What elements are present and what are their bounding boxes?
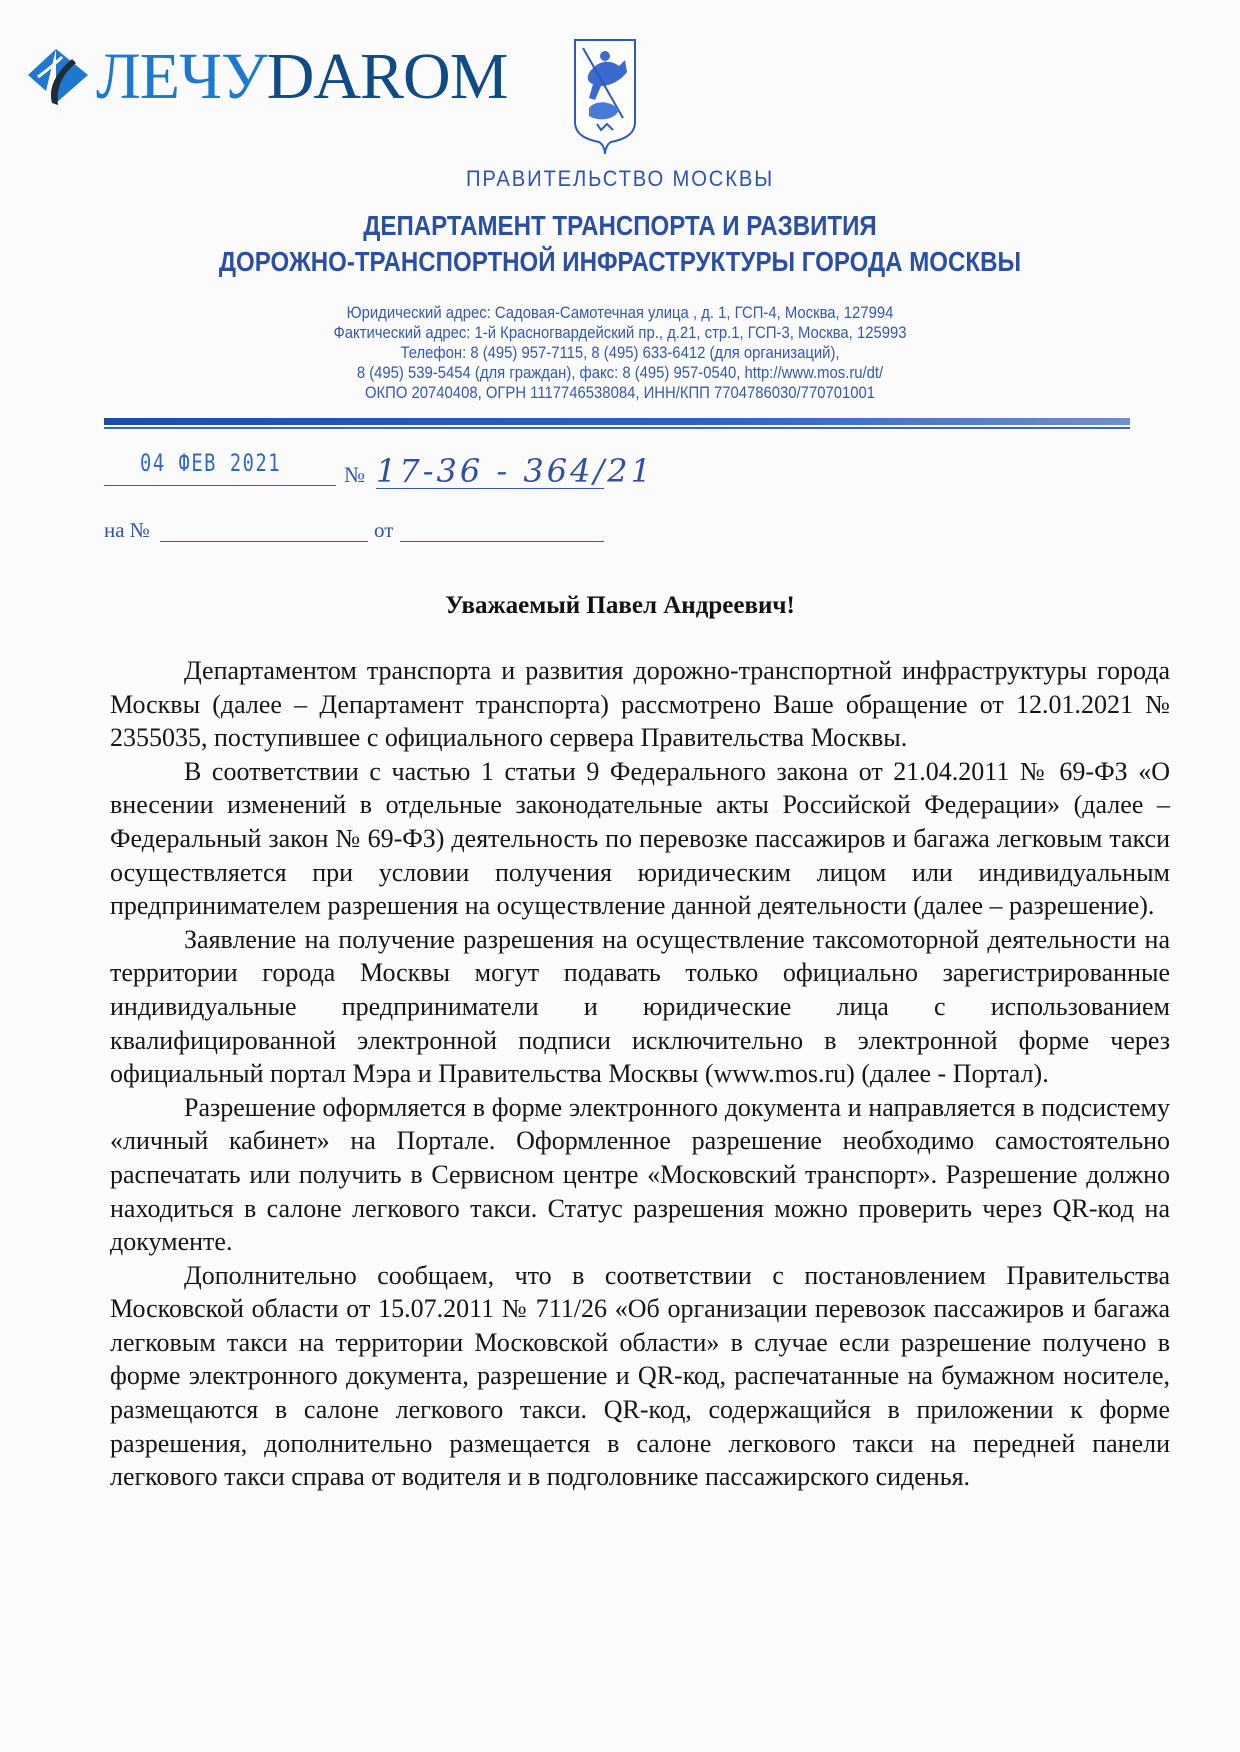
outgoing-number-label: № xyxy=(344,462,365,488)
reply-from-label: от xyxy=(374,518,393,543)
lechudarom-logo: ЛЕЧУDAROM xyxy=(26,42,507,112)
reply-from-date-field xyxy=(400,541,604,542)
road-diamond-icon xyxy=(26,47,90,107)
paragraph-2: В соответствии с частью 1 статьи 9 Федер… xyxy=(110,755,1170,923)
phones: Телефон: 8 (495) 957-7115, 8 (495) 633-6… xyxy=(62,343,1178,363)
letter-greeting: Уважаемый Павел Андреевич! xyxy=(0,592,1240,620)
logo-text-ru: ЛЕЧУ xyxy=(96,40,267,113)
department-name-line1: ДЕПАРТАМЕНТ ТРАНСПОРТА И РАЗВИТИЯ xyxy=(87,210,1153,242)
paragraph-5: Дополнительно сообщаем, что в соответств… xyxy=(110,1259,1170,1494)
logo-wordmark: ЛЕЧУDAROM xyxy=(96,44,507,110)
number-underline xyxy=(376,488,604,489)
logo-text-en: DAROM xyxy=(267,40,508,113)
department-contacts: Юридический адрес: Садовая-Самотечная ул… xyxy=(62,303,1178,403)
letterhead-divider-thin xyxy=(104,427,1130,429)
reply-to-number-label: на № xyxy=(104,518,150,543)
date-underline xyxy=(104,485,336,486)
department-name-line2: ДОРОЖНО-ТРАНСПОРТНОЙ ИНФРАСТРУКТУРЫ ГОРО… xyxy=(87,246,1153,278)
phones-fax-website: 8 (495) 539-5454 (для граждан), факс: 8 … xyxy=(62,363,1178,383)
paragraph-1: Департаментом транспорта и развития доро… xyxy=(110,654,1170,755)
letterhead-divider xyxy=(104,418,1130,425)
date-stamp: 04 ФЕВ 2021 xyxy=(140,449,281,477)
registration-codes: ОКПО 20740408, ОГРН 1117746538084, ИНН/К… xyxy=(62,383,1178,403)
actual-address: Фактический адрес: 1-й Красногвардейский… xyxy=(62,323,1178,343)
outgoing-number-handwritten: 17-36 - 364/21 xyxy=(376,452,654,490)
paragraph-3: Заявление на получение разрешения на осу… xyxy=(110,923,1170,1091)
reply-to-number-field xyxy=(160,541,368,542)
paragraph-4: Разрешение оформляется в форме электронн… xyxy=(110,1091,1170,1259)
moscow-coat-of-arms-icon xyxy=(571,38,639,156)
government-title: ПРАВИТЕЛЬСТВО МОСКВЫ xyxy=(50,166,1191,192)
letter-body: Департаментом транспорта и развития доро… xyxy=(110,654,1170,1494)
legal-address: Юридический адрес: Садовая-Самотечная ул… xyxy=(62,303,1178,323)
